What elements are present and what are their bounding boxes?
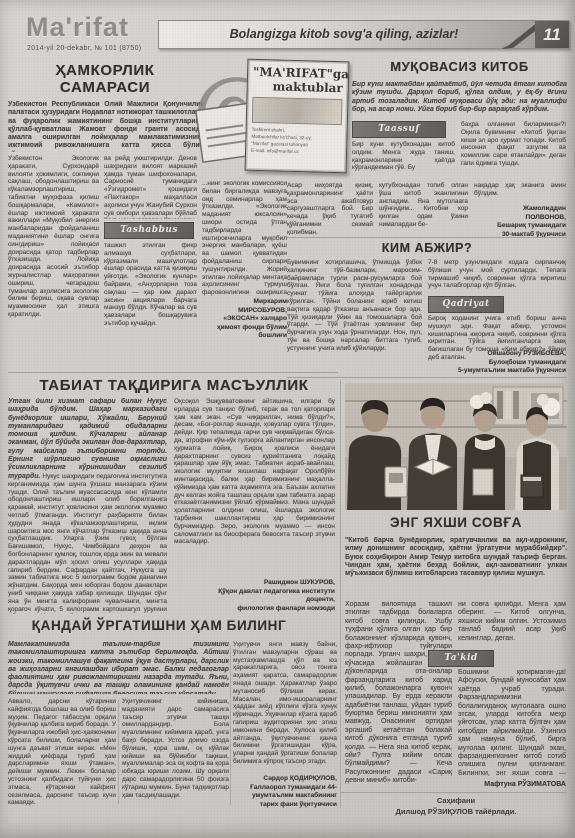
rubric-qadriyat: Qadriyat xyxy=(428,296,504,313)
signature-line: умумтаълим мактабининг xyxy=(225,792,337,801)
maktublar-address: Toshkent shahri, Matbuotchilar ko'chasi,… xyxy=(251,126,342,157)
divider xyxy=(287,237,567,238)
students-reading-photo xyxy=(345,383,567,510)
tabiat-col1-rest: Нукус шаҳридаги педагогика институтига к… xyxy=(8,473,167,614)
eng-yaxshi-lead: "Китоб барча бунёдкорлик, яратувчанлик в… xyxy=(345,537,567,597)
hamkorlik-lead: Ўзбекистон Республикаси Олий Мажлиси Қон… xyxy=(8,101,204,152)
qanday-col2: Ўқитувчининг кийиниши, маданияти дарс са… xyxy=(122,698,229,808)
hamkorlik-col2: ва рейд уюштирилди. Денов шаҳридаги вило… xyxy=(104,155,197,331)
signature-line: тарих фани ўқитувчиси xyxy=(225,801,337,810)
headline-hamkorlik: ҲАМКОРЛИК САМАРАСИ xyxy=(8,62,202,97)
signature-line: МИРСОБУРОВ, xyxy=(190,307,287,316)
rubric-tashabbus: Tashabbus xyxy=(104,222,194,239)
signature-line: Булоқбоши туманидаги xyxy=(430,359,566,368)
muqovasiz-signature: Жамолиддин ПОЛВОНОВ, Бешариқ туманидаги … xyxy=(462,205,566,239)
signature-line: ҳимоят фонди бўлим xyxy=(190,324,287,333)
headline-hamkorlik-line2: САМАРАСИ xyxy=(8,79,202,96)
kim-abjir-col1: Бувимнинг хотирлашича, ўтмишда ўзбек хал… xyxy=(287,259,422,355)
tabiat-col1: Ўтган йили хизмат сафари билан Нукус шаҳ… xyxy=(8,398,167,614)
headline-hamkorlik-line1: ҲАМКОРЛИК xyxy=(8,62,202,79)
signature-line: Қўқон давлат педагогика институти xyxy=(175,588,335,597)
muqovasiz-col1: Taassuf Бир куни кутубхонадан китоб олди… xyxy=(352,121,455,180)
eng-yaxshi-signature: Мафтуна РЎЗИМАТОВА xyxy=(458,780,566,789)
headline-tabiat: ТАБИАТ ТАҚДИРИГА МАСЪУЛЛИК xyxy=(8,377,340,394)
banner: Bolangizga kitob sovg'a qiling, azizlar!… xyxy=(158,20,570,49)
maktublar-title-line1: "MA'RIFAT"ga xyxy=(253,65,343,81)
signature-line: Рашиджон ШУКУРОВ, xyxy=(175,579,335,588)
maktublar-thumbnail-image xyxy=(252,97,343,125)
page-footer: Саҳифани Дилшод РЎЗИҚУЛОВ тайёрлади. xyxy=(345,796,567,817)
qanday-col1: Аввало, дарсни кўтаринки кайфиятда бошла… xyxy=(8,698,116,808)
signature-line: бошлиғи xyxy=(190,332,287,341)
page-number: 11 xyxy=(535,21,569,48)
hamkorlik-signature: Миркарим МИРСОБУРОВ, «ЭКОСАН» халқаро ҳи… xyxy=(190,298,287,341)
headline-muqovasiz: МУҚОВАСИЗ КИТОБ xyxy=(352,60,567,75)
banner-slogan: Bolangizga kitob sovg'a qiling, azizlar! xyxy=(159,21,529,48)
qanday-lead: Мамлакатимизда таълим-тарбия тизимини та… xyxy=(8,641,229,694)
muqovasiz-col4: кутубхонадан топиб олган ўша китоб эканл… xyxy=(379,182,468,235)
column-rule xyxy=(340,380,341,808)
rubric-takid: Ta'kid xyxy=(428,650,494,667)
divider xyxy=(8,372,338,373)
rubric-taassuf: Taassuf xyxy=(352,121,446,138)
signature-line: Миркарим xyxy=(190,298,287,307)
kim-abjir-col2: 7-8 метр узунликдаги ходага сирпанчиқ бў… xyxy=(428,259,566,349)
muqovasiz-col5: нақадар ҳақ эканига амин бўлдим. xyxy=(474,182,566,202)
maktublar-title-line2: maktublar xyxy=(253,79,343,95)
qanday-signature: Сардор ҚОДИРҚУЛОВ, Ғаллаорол туманидаги … xyxy=(225,775,337,809)
signature-line: филология фанлари номзоди xyxy=(175,605,335,614)
signature-line: доценти, xyxy=(175,596,335,605)
signature-line: Сардор ҚОДИРҚУЛОВ, xyxy=(225,775,337,784)
signature-line: Ғаллаорол туманидаги 44- xyxy=(225,784,337,793)
hamkorlik-col2-bottom: ташкил этилган фикр алмашув суҳбатлари, … xyxy=(104,242,197,328)
kim-abjir-col2-top: 7-8 метр узунликдаги ходага сирпанчиқ бў… xyxy=(428,259,566,294)
headline-kim-abjir: КИМ АБЖИР? xyxy=(287,241,567,255)
headline-eng-yaxshi: ЭНГ ЯХШИ СОВҒА xyxy=(345,515,567,531)
headline-qanday: ҚАНДАЙ ЎРГАТИШНИ ҲАМ БИЛИНГ xyxy=(8,618,310,634)
muqovasiz-col3: Асар ниҳоятда қизиқ, қаҳрамонларининг ҳа… xyxy=(287,182,373,235)
footer-line1: Саҳифани xyxy=(345,796,567,807)
tabiat-lead: Ўтган йили хизмат сафари билан Нукус шаҳ… xyxy=(8,398,167,480)
signature-line: 5-умумтаълим мактаби ўқувчиси xyxy=(430,367,566,376)
muqovasiz-col2: баҳра олганини билармикан?! Оқила бувимн… xyxy=(461,121,566,180)
newspaper-page: Ma'rifat 2014-yil 20-dekabr, № 101 (8750… xyxy=(0,0,575,838)
footer-line2: Дилшод РЎЗИҚУЛОВ тайёрлади. xyxy=(345,807,567,818)
maktublar-graphic: @ "MA'RIFAT"ga maktublar Toshkent shahri… xyxy=(196,58,348,176)
signature-line: Мафтуна РЎЗИМАТОВА xyxy=(458,780,566,789)
signature-line: Жамолиддин xyxy=(462,205,566,214)
tabiat-col2: Оқсоқол Эшқувватовнинг айтишича, илгари … xyxy=(174,398,335,576)
hamkorlik-col1: Ўзбекистон Экологик ҳаракати, Сурхондарё… xyxy=(8,155,99,331)
eng-yaxshi-col2-bottom: Бошимни қотирмагин-да! Афсуски, бундай м… xyxy=(458,669,566,777)
signature-line: «ЭКОСАН» халқаро xyxy=(190,315,287,324)
column-rule xyxy=(118,700,119,804)
eng-yaxshi-col1: Хоразм вилоятида ташкил этилган тадбирда… xyxy=(345,601,452,789)
maktublar-card: "MA'RIFAT"ga maktublar Toshkent shahri, … xyxy=(245,59,350,174)
signature-line: Бешариқ туманидаги xyxy=(462,222,566,231)
email-line: E-mail: info@marifat.uz xyxy=(251,147,341,156)
qanday-col3: Ўқитувчи янги мавзу баёни, ўтилган мавзу… xyxy=(233,641,337,773)
hamkorlik-col3: ...нинг экологик комиссияси билан биргал… xyxy=(202,180,287,296)
kim-abjir-signature: Ойшабону РУЗИБОЕВА, Булоқбоши туманидаги… xyxy=(430,350,566,376)
masthead-logo: Ma'rifat xyxy=(26,12,129,43)
dateline: 2014-yil 20-dekabr, № 101 (8750) xyxy=(27,45,141,52)
signature-line: ПОЛВОНОВ, xyxy=(462,214,566,223)
divider xyxy=(341,792,567,793)
tabiat-signature: Рашиджон ШУКУРОВ, Қўқон давлат педагогик… xyxy=(175,579,335,613)
muqovasiz-lead: Бир куни мактабдан қайтаётиб, йўл четида… xyxy=(352,81,567,119)
eng-yaxshi-col2-top: ни совға қилибди. Менга ҳам оберинг. — К… xyxy=(458,601,566,647)
hamkorlik-col2-top: ва рейд уюштирилди. Денов шаҳридаги вило… xyxy=(104,155,197,219)
muqovasiz-col1-text: Бир куни кутубхонадан китоб олдим. Менга… xyxy=(352,141,455,181)
signature-line: Ойшабону РУЗИБОЕВА, xyxy=(430,350,566,359)
